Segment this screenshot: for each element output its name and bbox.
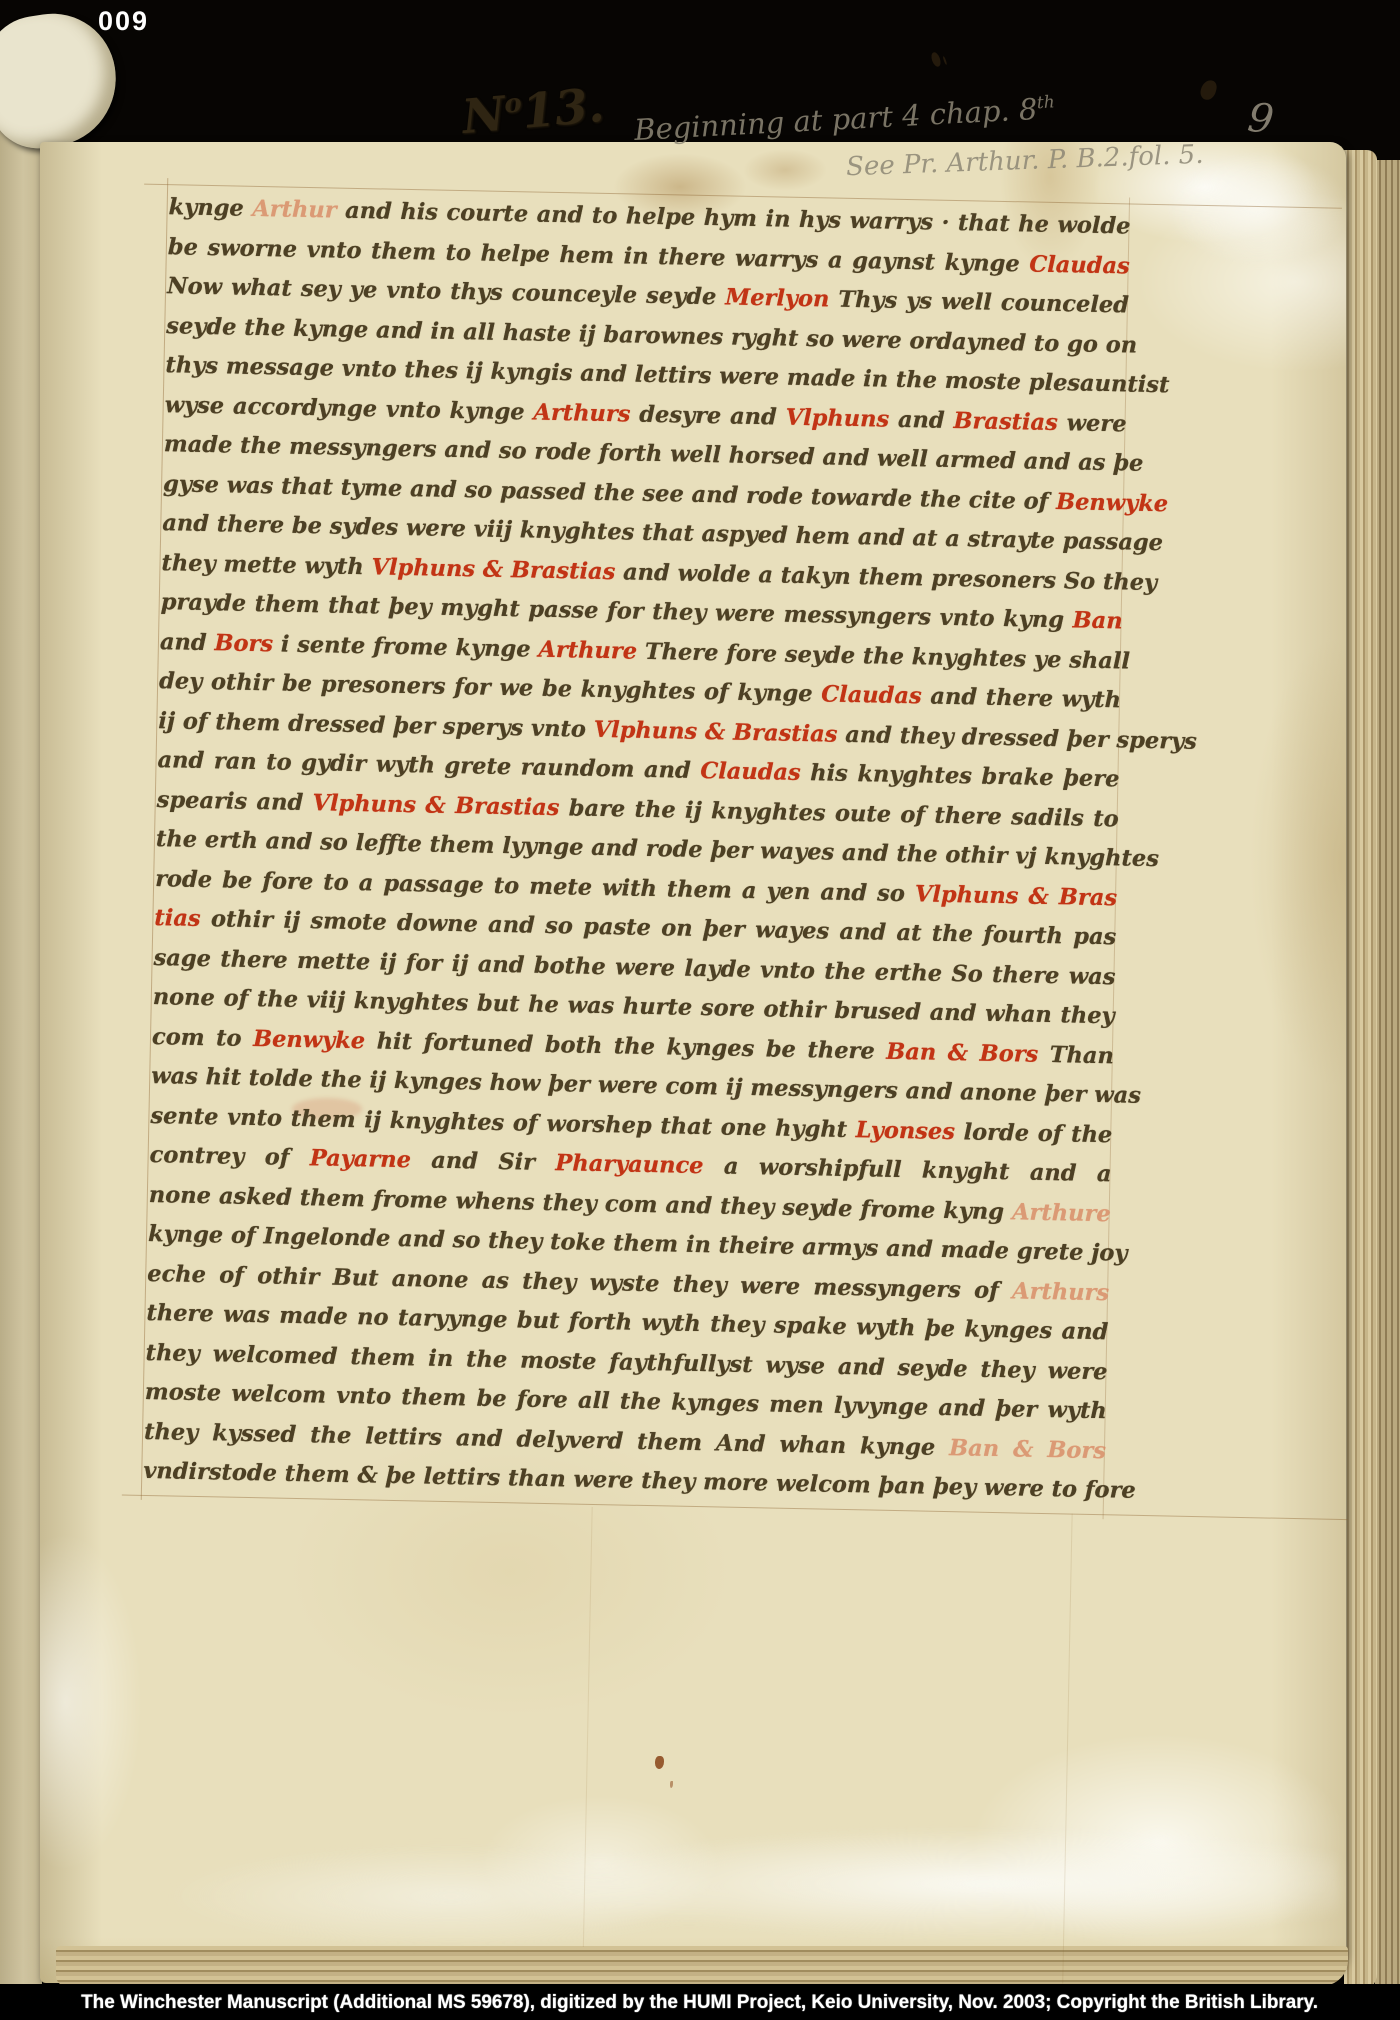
rubricated-name: Arthurs xyxy=(1012,1278,1109,1306)
rubricated-name: Brastias xyxy=(953,407,1058,435)
rubricated-name: Lyonses xyxy=(856,1117,956,1145)
ink-text: dey othir be presoners for we be knyghte… xyxy=(159,668,822,707)
rubricated-name: Arthure xyxy=(538,636,637,664)
ink-text: Thys ys well counceled xyxy=(829,286,1129,318)
ink-text: wyse accordynge vnto kynge xyxy=(164,392,533,425)
ink-folio-number: No13. xyxy=(460,78,606,145)
rubricated-name: Ban xyxy=(1072,607,1122,634)
caption-bar: The Winchester Manuscript (Additional MS… xyxy=(0,1984,1400,2020)
ink-text: bare the ij knyghtes oute of there sadil… xyxy=(559,795,1119,832)
ink-text: and xyxy=(160,629,215,656)
rubricated-name: Vlphuns & Bras xyxy=(915,881,1118,911)
manuscript-photo: 009 kynge Arthur and his courte and to h… xyxy=(0,0,1400,2020)
ink-text: they mette wyth xyxy=(161,550,372,580)
ruled-text-layer: kynge Arthur and his courte and to helpe… xyxy=(4,140,1347,2007)
manuscript-text: kynge Arthur and his courte and to helpe… xyxy=(143,187,1131,1510)
ink-text: Now what sey ye vnto thys counceyle seyd… xyxy=(167,273,726,310)
ink-text: his knyghtes brake þere xyxy=(800,760,1119,792)
fore-edge-leaves xyxy=(1344,150,1377,1992)
ink-text: and Sir xyxy=(411,1147,556,1176)
ink-text: were xyxy=(1058,410,1127,437)
ink-text: There fore seyde the knyghtes ye shall xyxy=(637,638,1130,674)
ink-speck xyxy=(930,51,943,68)
ink-text: i sente frome kynge xyxy=(273,631,539,662)
pencil-annotation-line1: Beginning at part 4 chap. 8th xyxy=(633,91,1055,147)
ink-text: and xyxy=(889,406,954,433)
ink-text: kynge xyxy=(168,194,252,222)
ink-text: desyre and xyxy=(630,401,786,430)
rubricated-name: Claudas xyxy=(1029,251,1130,279)
ink-text: lorde of the xyxy=(955,1119,1113,1148)
rubricated-name: Pharyaunce xyxy=(555,1150,704,1179)
rubricated-name: Vlphuns & Brastias xyxy=(312,790,559,821)
rubricated-name: Benwyke xyxy=(253,1026,366,1054)
caption-text: The Winchester Manuscript (Additional MS… xyxy=(82,1991,1319,2014)
fore-edge-outer-leaves xyxy=(1375,160,1400,2000)
rubricated-name: Arthurs xyxy=(533,399,630,427)
ink-text: ij of them dressed þer sperys vnto xyxy=(158,708,594,743)
ink-text: a worshipfull knyght and a xyxy=(703,1153,1111,1187)
photo-frame-number: 009 xyxy=(98,6,149,37)
rubricated-name: Ban & Bors xyxy=(949,1435,1106,1464)
ink-blot xyxy=(1199,78,1218,101)
pencil-annotation-line1-sup: th xyxy=(1036,92,1055,113)
ink-text: Than xyxy=(1038,1041,1114,1069)
rubricated-name: Claudas xyxy=(821,681,922,709)
rubricated-name: Vlphuns xyxy=(785,404,889,432)
pencil-annotation-line1-text: Beginning at part 4 chap. 8 xyxy=(633,92,1038,147)
rubricated-name: Vlphuns & Brastias xyxy=(371,554,615,585)
ruled-line-right-lower xyxy=(1062,1514,1072,1984)
rubricated-name: Merlyon xyxy=(725,284,830,312)
ink-text: spearis and xyxy=(157,787,313,816)
ink-text: and ran to gydir wyth grete raundom and xyxy=(157,747,700,784)
ink-text: and they dressed þer sperys xyxy=(837,721,1197,754)
ink-text: and wolde a takyn them presoners So they xyxy=(615,559,1157,596)
ink-text: contrey of xyxy=(149,1142,310,1171)
rubricated-name: Ban & Bors xyxy=(886,1038,1038,1067)
rubricated-name: tias xyxy=(154,905,201,932)
ink-folio-number-rest: 13. xyxy=(520,78,606,140)
rubricated-name: Arthur xyxy=(252,196,337,224)
ink-text: com to xyxy=(152,1024,254,1052)
rubricated-name: Arthure xyxy=(1012,1199,1111,1227)
rubricated-name: Claudas xyxy=(700,758,801,786)
page-crease xyxy=(583,1507,593,1947)
rubricated-name: Vlphuns & Brastias xyxy=(593,716,837,747)
ink-text: and there wyth xyxy=(921,683,1121,713)
rubricated-name: Benwyke xyxy=(1056,489,1169,517)
rubricated-name: Payarne xyxy=(310,1145,412,1173)
ink-text: hit fortuned both the kynges be there xyxy=(365,1028,887,1064)
rubricated-name: Bors xyxy=(214,630,273,657)
pencil-page-number: 9 xyxy=(1245,95,1276,144)
ink-folio-number-prefix: N xyxy=(460,87,508,146)
